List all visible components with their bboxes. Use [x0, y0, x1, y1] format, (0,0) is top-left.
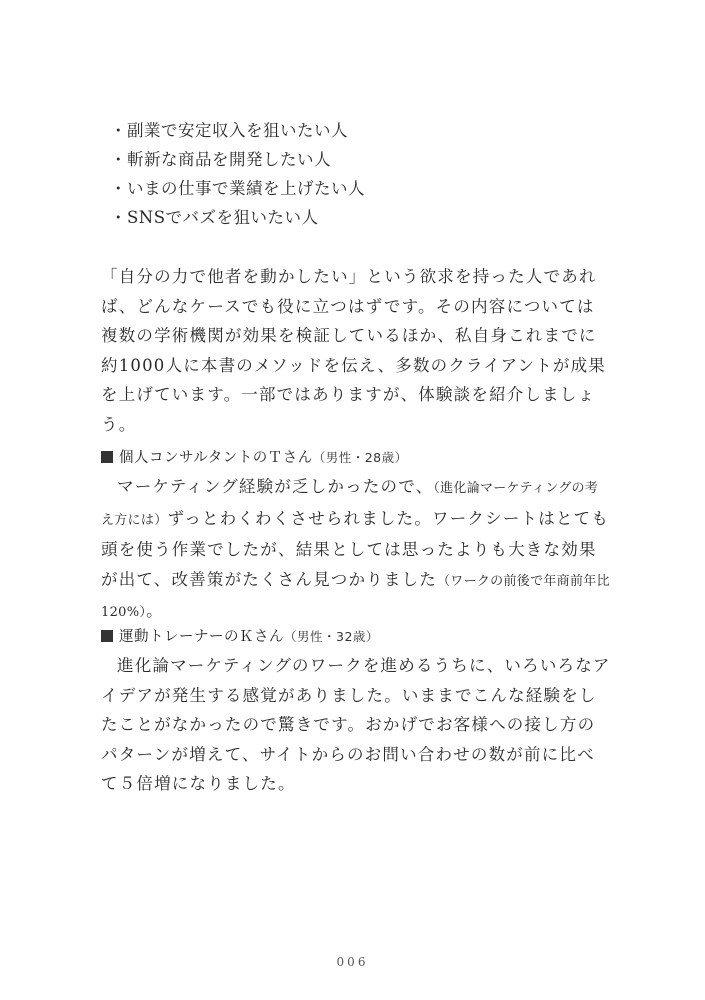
testimonial-text-part: 。 — [146, 601, 164, 620]
bullet-item: ・いまの仕事で業績を上げたい人 — [110, 174, 365, 203]
testimonial-heading: 運動トレーナーのＫさん（男性・32歳） — [101, 625, 379, 646]
bullet-item: ・SNSでバズを狙いたい人 — [110, 203, 365, 232]
testimonial-meta: （男性・28歳） — [313, 450, 408, 465]
bullet-item: ・斬新な商品を開発したい人 — [110, 145, 365, 174]
page-number: 006 — [0, 955, 705, 969]
testimonial-text-part: マーケティング経験が乏しかったので、 — [117, 477, 433, 496]
testimonial-heading: 個人コンサルタントのＴさん（男性・28歳） — [101, 446, 408, 467]
intro-paragraph: 「自分の力で他者を動かしたい」という欲求を持った人であれば、どんなケースでも役に… — [101, 262, 611, 439]
bullet-list: ・副業で安定収入を狙いたい人 ・斬新な商品を開発したい人 ・いまの仕事で業績を上… — [110, 116, 365, 232]
bullet-item: ・副業で安定収入を狙いたい人 — [110, 116, 365, 145]
testimonial-text: マーケティング経験が乏しかったので、（進化論マーケティングの考え方には）ずっとわ… — [101, 472, 611, 628]
testimonial-title: 運動トレーナーのＫさん — [119, 629, 284, 645]
testimonial-meta: （男性・32歳） — [284, 629, 379, 644]
square-bullet-icon — [101, 630, 113, 642]
testimonial-text: 進化論マーケティングのワークを進めるうちに、いろいろなアイデアが発生する感覚があ… — [101, 651, 611, 799]
testimonial-text-part: 進化論マーケティングのワークを進めるうちに、いろいろなアイデアが発生する感覚があ… — [101, 656, 611, 793]
testimonial-title: 個人コンサルタントのＴさん — [119, 450, 313, 466]
square-bullet-icon — [101, 451, 113, 463]
